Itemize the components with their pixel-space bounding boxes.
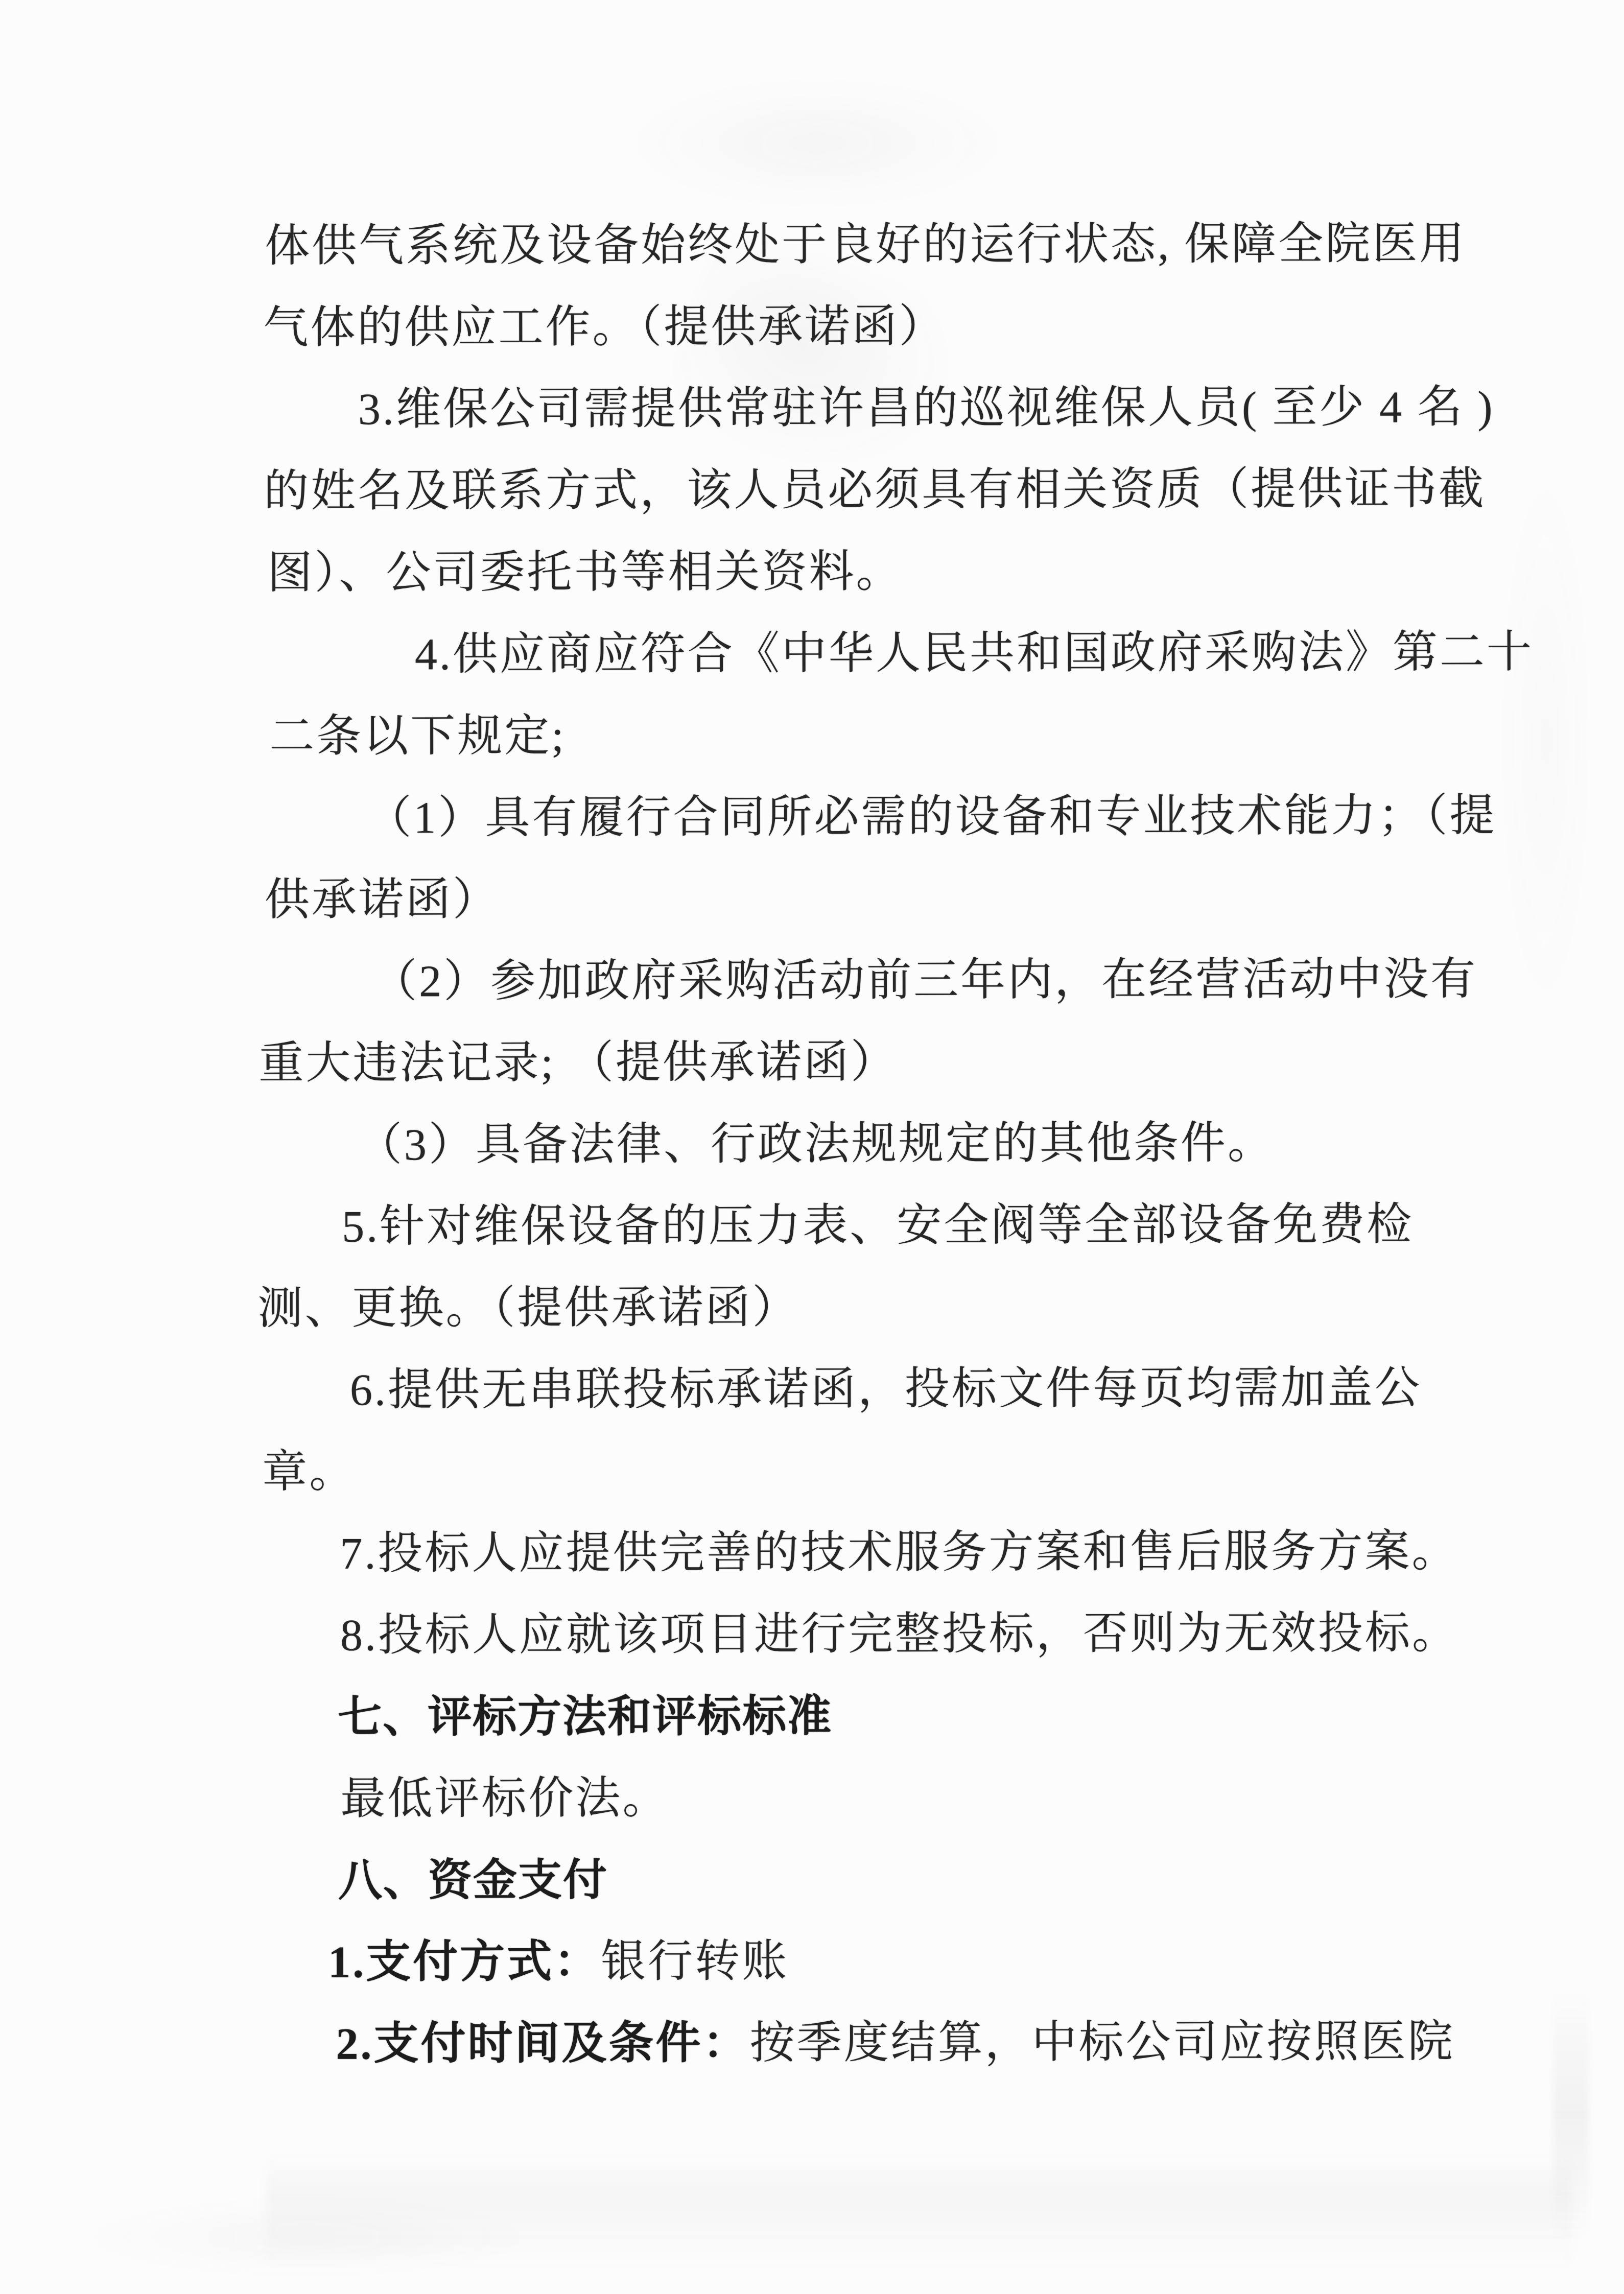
text-run: 5.针对维保设备的压力表、安全阀等全部设备免费检	[342, 1188, 1414, 1255]
text-line: 供承诺函）	[257, 853, 1595, 937]
text-run: 8.投标人应就该项目进行完整投标，否则为无效投标。	[340, 1597, 1459, 1664]
text-run: 章。	[262, 1436, 356, 1500]
text-run: 2.支付时间及条件：	[336, 2007, 749, 2072]
text-line: 二条以下规定;	[256, 689, 1595, 773]
section-heading: 八、资金支付	[259, 1833, 1597, 1918]
text-run: 八、资金支付	[338, 1844, 608, 1908]
text-line: 气体的供应工作。（提供承诺函）	[255, 280, 1594, 365]
text-run: （2）参加政府采购活动前三年内，在经营活动中没有	[372, 943, 1477, 1010]
text-line: 5.针对维保设备的压力表、安全阀等全部设备免费检	[257, 1179, 1596, 1264]
text-run: 二条以下规定;	[269, 700, 566, 765]
document-text: 体供气系统及设备始终处于良好的运行状态, 保障全院医用气体的供应工作。（提供承诺…	[255, 199, 1598, 2081]
document-page: 体供气系统及设备始终处于良好的运行状态, 保障全院医用气体的供应工作。（提供承诺…	[0, 0, 1624, 2294]
section-heading: 七、评标方法和评标标准	[258, 1670, 1597, 1754]
text-run: 6.提供无串联投标承诺函，投标文件每页均需加盖公	[350, 1352, 1422, 1418]
text-line: 章。	[258, 1425, 1596, 1509]
text-line: 体供气系统及设备始终处于良好的运行状态, 保障全院医用	[255, 199, 1594, 283]
text-run: 银行转账	[601, 1925, 789, 1990]
text-run: 的姓名及联系方式，该人员必须具有相关资质（提供证书截	[264, 453, 1486, 519]
text-run: 体供气系统及设备始终处于良好的运行状态, 保障全院医用	[265, 207, 1466, 274]
text-line: 2.支付时间及条件：按季度结算，中标公司应按照医院	[259, 1997, 1597, 2081]
text-line: （1）具有履行合同所必需的设备和专业技术能力；（提	[256, 771, 1595, 855]
text-line: 测、更换。（提供承诺函）	[257, 1261, 1596, 1345]
scan-smudge	[266, 2153, 1573, 2271]
scan-smudge	[77, 2196, 536, 2278]
text-run: 7.投标人应提供完善的技术服务方案和售后服务方案。	[340, 1515, 1458, 1582]
text-line: 图）、公司委托书等相关资料。	[256, 526, 1594, 610]
text-run: （3）具备法律、行政法规规定的其他条件。	[357, 1107, 1275, 1173]
text-line: （3）具备法律、行政法规规定的其他条件。	[257, 1098, 1596, 1182]
text-line: （2）参加政府采购活动前三年内，在经营活动中没有	[257, 934, 1595, 1019]
text-run: 3.维保公司需提供常驻许昌的巡视维保人员( 至少 4 名 )	[358, 371, 1495, 438]
text-line: 1.支付方式：银行转账	[259, 1915, 1597, 1999]
text-run: 按季度结算，中标公司应按照医院	[749, 2005, 1454, 2071]
text-run: 1.支付方式：	[328, 1926, 601, 1991]
text-run: 七、评标方法和评标标准	[338, 1681, 832, 1745]
text-run: 气体的供应工作。（提供承诺函）	[263, 290, 946, 356]
text-line: 4.供应商应符合《中华人民共和国政府采购法》第二十	[256, 607, 1595, 692]
text-line: 6.提供无串联投标承诺函，投标文件每页均需加盖公	[258, 1343, 1596, 1427]
text-line: 最低评标价法。	[258, 1752, 1597, 1836]
text-run: 4.供应商应符合《中华人民共和国政府采购法》第二十	[415, 616, 1534, 683]
text-line: 的姓名及联系方式，该人员必须具有相关资质（提供证书截	[256, 444, 1594, 528]
scan-smudge	[623, 77, 1011, 209]
text-line: 7.投标人应提供完善的技术服务方案和售后服务方案。	[258, 1506, 1596, 1591]
text-run: 图）、公司委托书等相关资料。	[267, 535, 903, 601]
text-line: 重大违法记录; （提供承诺函）	[257, 1016, 1595, 1100]
text-run: 重大违法记录; （提供承诺函）	[258, 1026, 898, 1092]
text-run: 供承诺函）	[265, 863, 500, 928]
text-run: 最低评标价法。	[340, 1762, 669, 1827]
text-line: 3.维保公司需提供常驻许昌的巡视维保人员( 至少 4 名 )	[256, 362, 1594, 446]
text-run: （1）具有履行合同所必需的设备和专业技术能力；（提	[366, 779, 1496, 846]
text-line: 8.投标人应就该项目进行完整投标，否则为无效投标。	[258, 1588, 1597, 1672]
text-run: 测、更换。（提供承诺函）	[257, 1271, 799, 1337]
